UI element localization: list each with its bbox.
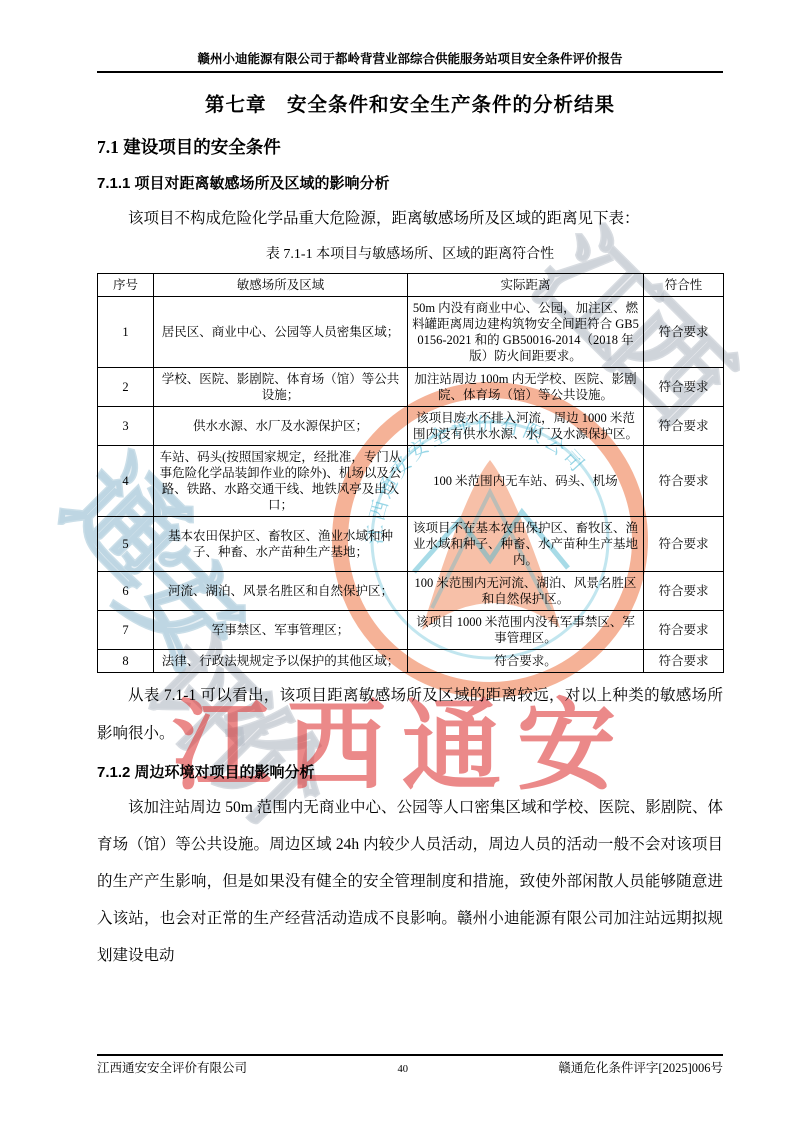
cell-conformity: 符合要求 bbox=[644, 572, 724, 611]
body-paragraph-7-1-1: 该项目不构成危险化学品重大危险源，距离敏感场所及区域的距离见下表： bbox=[97, 200, 723, 238]
table-caption: 表 7.1-1 本项目与敏感场所、区域的距离符合性 bbox=[97, 245, 723, 265]
cell-distance: 100 米范围内无车站、码头、机场 bbox=[408, 446, 644, 517]
cell-seq: 2 bbox=[98, 368, 154, 407]
document-content: 赣州小迪能源有限公司于都岭背营业部综合供能服务站项目安全条件评价报告 第七章 安… bbox=[97, 0, 723, 974]
cell-conformity: 符合要求 bbox=[644, 446, 724, 517]
table-row-1: 1 居民区、商业中心、公园等人员密集区域； 50m 内没有商业中心、公园，加注区… bbox=[98, 297, 724, 368]
cell-distance: 该项目 1000 米范围内没有军事禁区、军事管理区。 bbox=[408, 611, 644, 650]
cell-seq: 6 bbox=[98, 572, 154, 611]
cell-distance: 该项目不在基本农田保护区、畜牧区、渔业水域和种子、种畜、水产苗种生产基地内。 bbox=[408, 517, 644, 572]
document-page: 江 西 通 安 评 价 江西通安安全评价有限公司 江西通安 赣州小迪能源有限公司… bbox=[0, 0, 793, 1122]
cell-distance: 加注站周边 100m 内无学校、医院、影剧院、体育场（馆）等公共设施。 bbox=[408, 368, 644, 407]
footer-company: 江西通安安全评价有限公司 bbox=[97, 1060, 247, 1076]
cell-place: 军事禁区、军事管理区； bbox=[154, 611, 408, 650]
cell-distance: 100 米范围内无河流、湖泊、风景名胜区和自然保护区。 bbox=[408, 572, 644, 611]
cell-distance: 该项目废水不排入河流，周边 1000 米范围内没有供水水源、水厂及水源保护区。 bbox=[408, 407, 644, 446]
cell-place: 基本农田保护区、畜牧区、渔业水域和种子、种畜、水产苗种生产基地； bbox=[154, 517, 408, 572]
footer-doc-number: 赣通危化条件评字[2025]006号 bbox=[558, 1060, 723, 1076]
cell-distance: 50m 内没有商业中心、公园，加注区、燃料罐距离周边建构筑物安全间距符合 GB5… bbox=[408, 297, 644, 368]
table-row-5: 5 基本农田保护区、畜牧区、渔业水域和种子、种畜、水产苗种生产基地； 该项目不在… bbox=[98, 517, 724, 572]
table-header-row: 序号 敏感场所及区域 实际距离 符合性 bbox=[98, 274, 724, 297]
page-footer: 江西通安安全评价有限公司 40 赣通危化条件评字[2025]006号 bbox=[97, 1054, 723, 1078]
cell-place: 河流、湖泊、风景名胜区和自然保护区； bbox=[154, 572, 408, 611]
cell-conformity: 符合要求 bbox=[644, 368, 724, 407]
chapter-title: 第七章 安全条件和安全生产条件的分析结果 bbox=[97, 92, 723, 119]
col-header-distance: 实际距离 bbox=[408, 274, 644, 297]
cell-place: 居民区、商业中心、公园等人员密集区域； bbox=[154, 297, 408, 368]
cell-conformity: 符合要求 bbox=[644, 650, 724, 673]
page-number: 40 bbox=[397, 1062, 408, 1078]
table-row-2: 2 学校、医院、影剧院、体育场（馆）等公共设施； 加注站周边 100m 内无学校… bbox=[98, 368, 724, 407]
section-heading-7-1: 7.1 建设项目的安全条件 bbox=[97, 135, 723, 159]
cell-seq: 4 bbox=[98, 446, 154, 517]
section-heading-7-1-1: 7.1.1 项目对距离敏感场所及区域的影响分析 bbox=[97, 173, 723, 194]
cell-conformity: 符合要求 bbox=[644, 517, 724, 572]
cell-seq: 5 bbox=[98, 517, 154, 572]
table-row-6: 6 河流、湖泊、风景名胜区和自然保护区； 100 米范围内无河流、湖泊、风景名胜… bbox=[98, 572, 724, 611]
table-row-7: 7 军事禁区、军事管理区； 该项目 1000 米范围内没有军事禁区、军事管理区。… bbox=[98, 611, 724, 650]
cell-seq: 7 bbox=[98, 611, 154, 650]
table-row-8: 8 法律、行政法规规定予以保护的其他区域； 符合要求。 符合要求 bbox=[98, 650, 724, 673]
table-row-3: 3 供水水源、水厂及水源保护区； 该项目废水不排入河流，周边 1000 米范围内… bbox=[98, 407, 724, 446]
cell-seq: 8 bbox=[98, 650, 154, 673]
col-header-place: 敏感场所及区域 bbox=[154, 274, 408, 297]
section-heading-7-1-2: 7.1.2 周边环境对项目的影响分析 bbox=[97, 762, 723, 783]
cell-place: 学校、医院、影剧院、体育场（馆）等公共设施； bbox=[154, 368, 408, 407]
cell-distance: 符合要求。 bbox=[408, 650, 644, 673]
col-header-seq: 序号 bbox=[98, 274, 154, 297]
compliance-table: 序号 敏感场所及区域 实际距离 符合性 1 居民区、商业中心、公园等人员密集区域… bbox=[97, 273, 724, 673]
page-header: 赣州小迪能源有限公司于都岭背营业部综合供能服务站项目安全条件评价报告 bbox=[97, 50, 723, 73]
post-table-paragraph: 从表 7.1-1 可以看出，该项目距离敏感场所及区域的距离较远，对以上种类的敏感… bbox=[97, 677, 723, 753]
cell-seq: 1 bbox=[98, 297, 154, 368]
cell-conformity: 符合要求 bbox=[644, 407, 724, 446]
cell-place: 法律、行政法规规定予以保护的其他区域； bbox=[154, 650, 408, 673]
cell-place: 供水水源、水厂及水源保护区； bbox=[154, 407, 408, 446]
cell-seq: 3 bbox=[98, 407, 154, 446]
cell-conformity: 符合要求 bbox=[644, 297, 724, 368]
body-paragraph-7-1-2: 该加注站周边 50m 范围内无商业中心、公园等人口密集区域和学校、医院、影剧院、… bbox=[97, 789, 723, 974]
col-header-conformity: 符合性 bbox=[644, 274, 724, 297]
cell-conformity: 符合要求 bbox=[644, 611, 724, 650]
table-row-4: 4 车站、码头(按照国家规定，经批准，专门从事危险化学品装卸作业的除外)、机场以… bbox=[98, 446, 724, 517]
cell-place: 车站、码头(按照国家规定，经批准，专门从事危险化学品装卸作业的除外)、机场以及公… bbox=[154, 446, 408, 517]
